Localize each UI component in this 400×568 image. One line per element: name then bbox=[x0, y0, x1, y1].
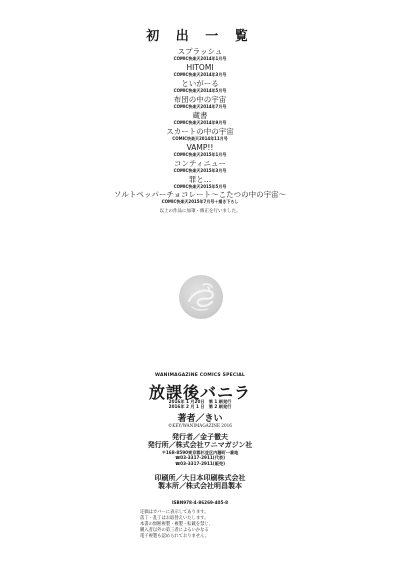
work-title: VAMP!! bbox=[0, 143, 400, 152]
work-title: スプラッシュ bbox=[0, 47, 400, 56]
work-title: スカートの中の宇宙 bbox=[0, 127, 400, 136]
work-title: コンティニュー bbox=[0, 159, 400, 168]
work-title: 布団の中の宇宙 bbox=[0, 95, 400, 104]
series-name: WANIMAGAZINE COMICS SPECIAL bbox=[0, 373, 400, 378]
work-source: COMIC快楽天2014年7月号 bbox=[0, 104, 400, 109]
work-source: COMIC快楽天2015年5月号 bbox=[0, 184, 400, 189]
legal-notice: 定価はカバーに表示してあります。 落丁・乱丁はお取替えいたします。 本書の無断複… bbox=[140, 510, 213, 540]
notice-line: 電子複製も認められておりません。 bbox=[140, 534, 213, 540]
work-title: ソルトペッパーチョコレート〜こたつの中の宇宙〜 bbox=[0, 190, 400, 199]
dragon-emblem-icon bbox=[179, 275, 223, 319]
work-source: COMIC快楽天2015年7月号＋描き下ろし bbox=[0, 199, 400, 204]
phone-sales: ☎03-3317-2911(販売) bbox=[0, 461, 400, 467]
binder: 製本所／株式会社明昌製本 bbox=[0, 482, 400, 491]
phone-editorial: ☎03-3317-2911(代表) bbox=[0, 455, 400, 461]
work-source: COMIC快楽天2014年3月号 bbox=[0, 72, 400, 77]
publisher-company: 発行所／株式会社ワニマガジン社 bbox=[0, 441, 400, 450]
page-heading: 初 出 一 覧 bbox=[0, 25, 400, 44]
work-title: 罪と… bbox=[0, 175, 400, 184]
work-source: COMIC快楽天2014年11月号 bbox=[0, 136, 400, 141]
copyright: ©KEY/WANIMAGAZINE 2016 bbox=[0, 423, 400, 428]
isbn: ISBN978-4-86269-405-8 bbox=[0, 500, 400, 505]
work-source: COMIC快楽天2015年1月号 bbox=[0, 152, 400, 157]
work-title: といがーる bbox=[0, 79, 400, 88]
work-title: 蔵書 bbox=[0, 111, 400, 120]
work-source: COMIC快楽天2014年5月号 bbox=[0, 88, 400, 93]
revision-note: 以上の作品に加筆・修正を行いました。 bbox=[0, 208, 400, 214]
work-source: COMIC快楽天2015年3月号 bbox=[0, 168, 400, 173]
work-source: COMIC快楽天2014年1月号 bbox=[0, 56, 400, 61]
work-source: COMIC快楽天2014年9月号 bbox=[0, 120, 400, 125]
print-date: 2016年 2 月 1 日 第 2 刷発行 bbox=[0, 404, 400, 409]
work-title: HITOMI bbox=[0, 63, 400, 72]
publisher-emblem-icon bbox=[179, 275, 223, 319]
